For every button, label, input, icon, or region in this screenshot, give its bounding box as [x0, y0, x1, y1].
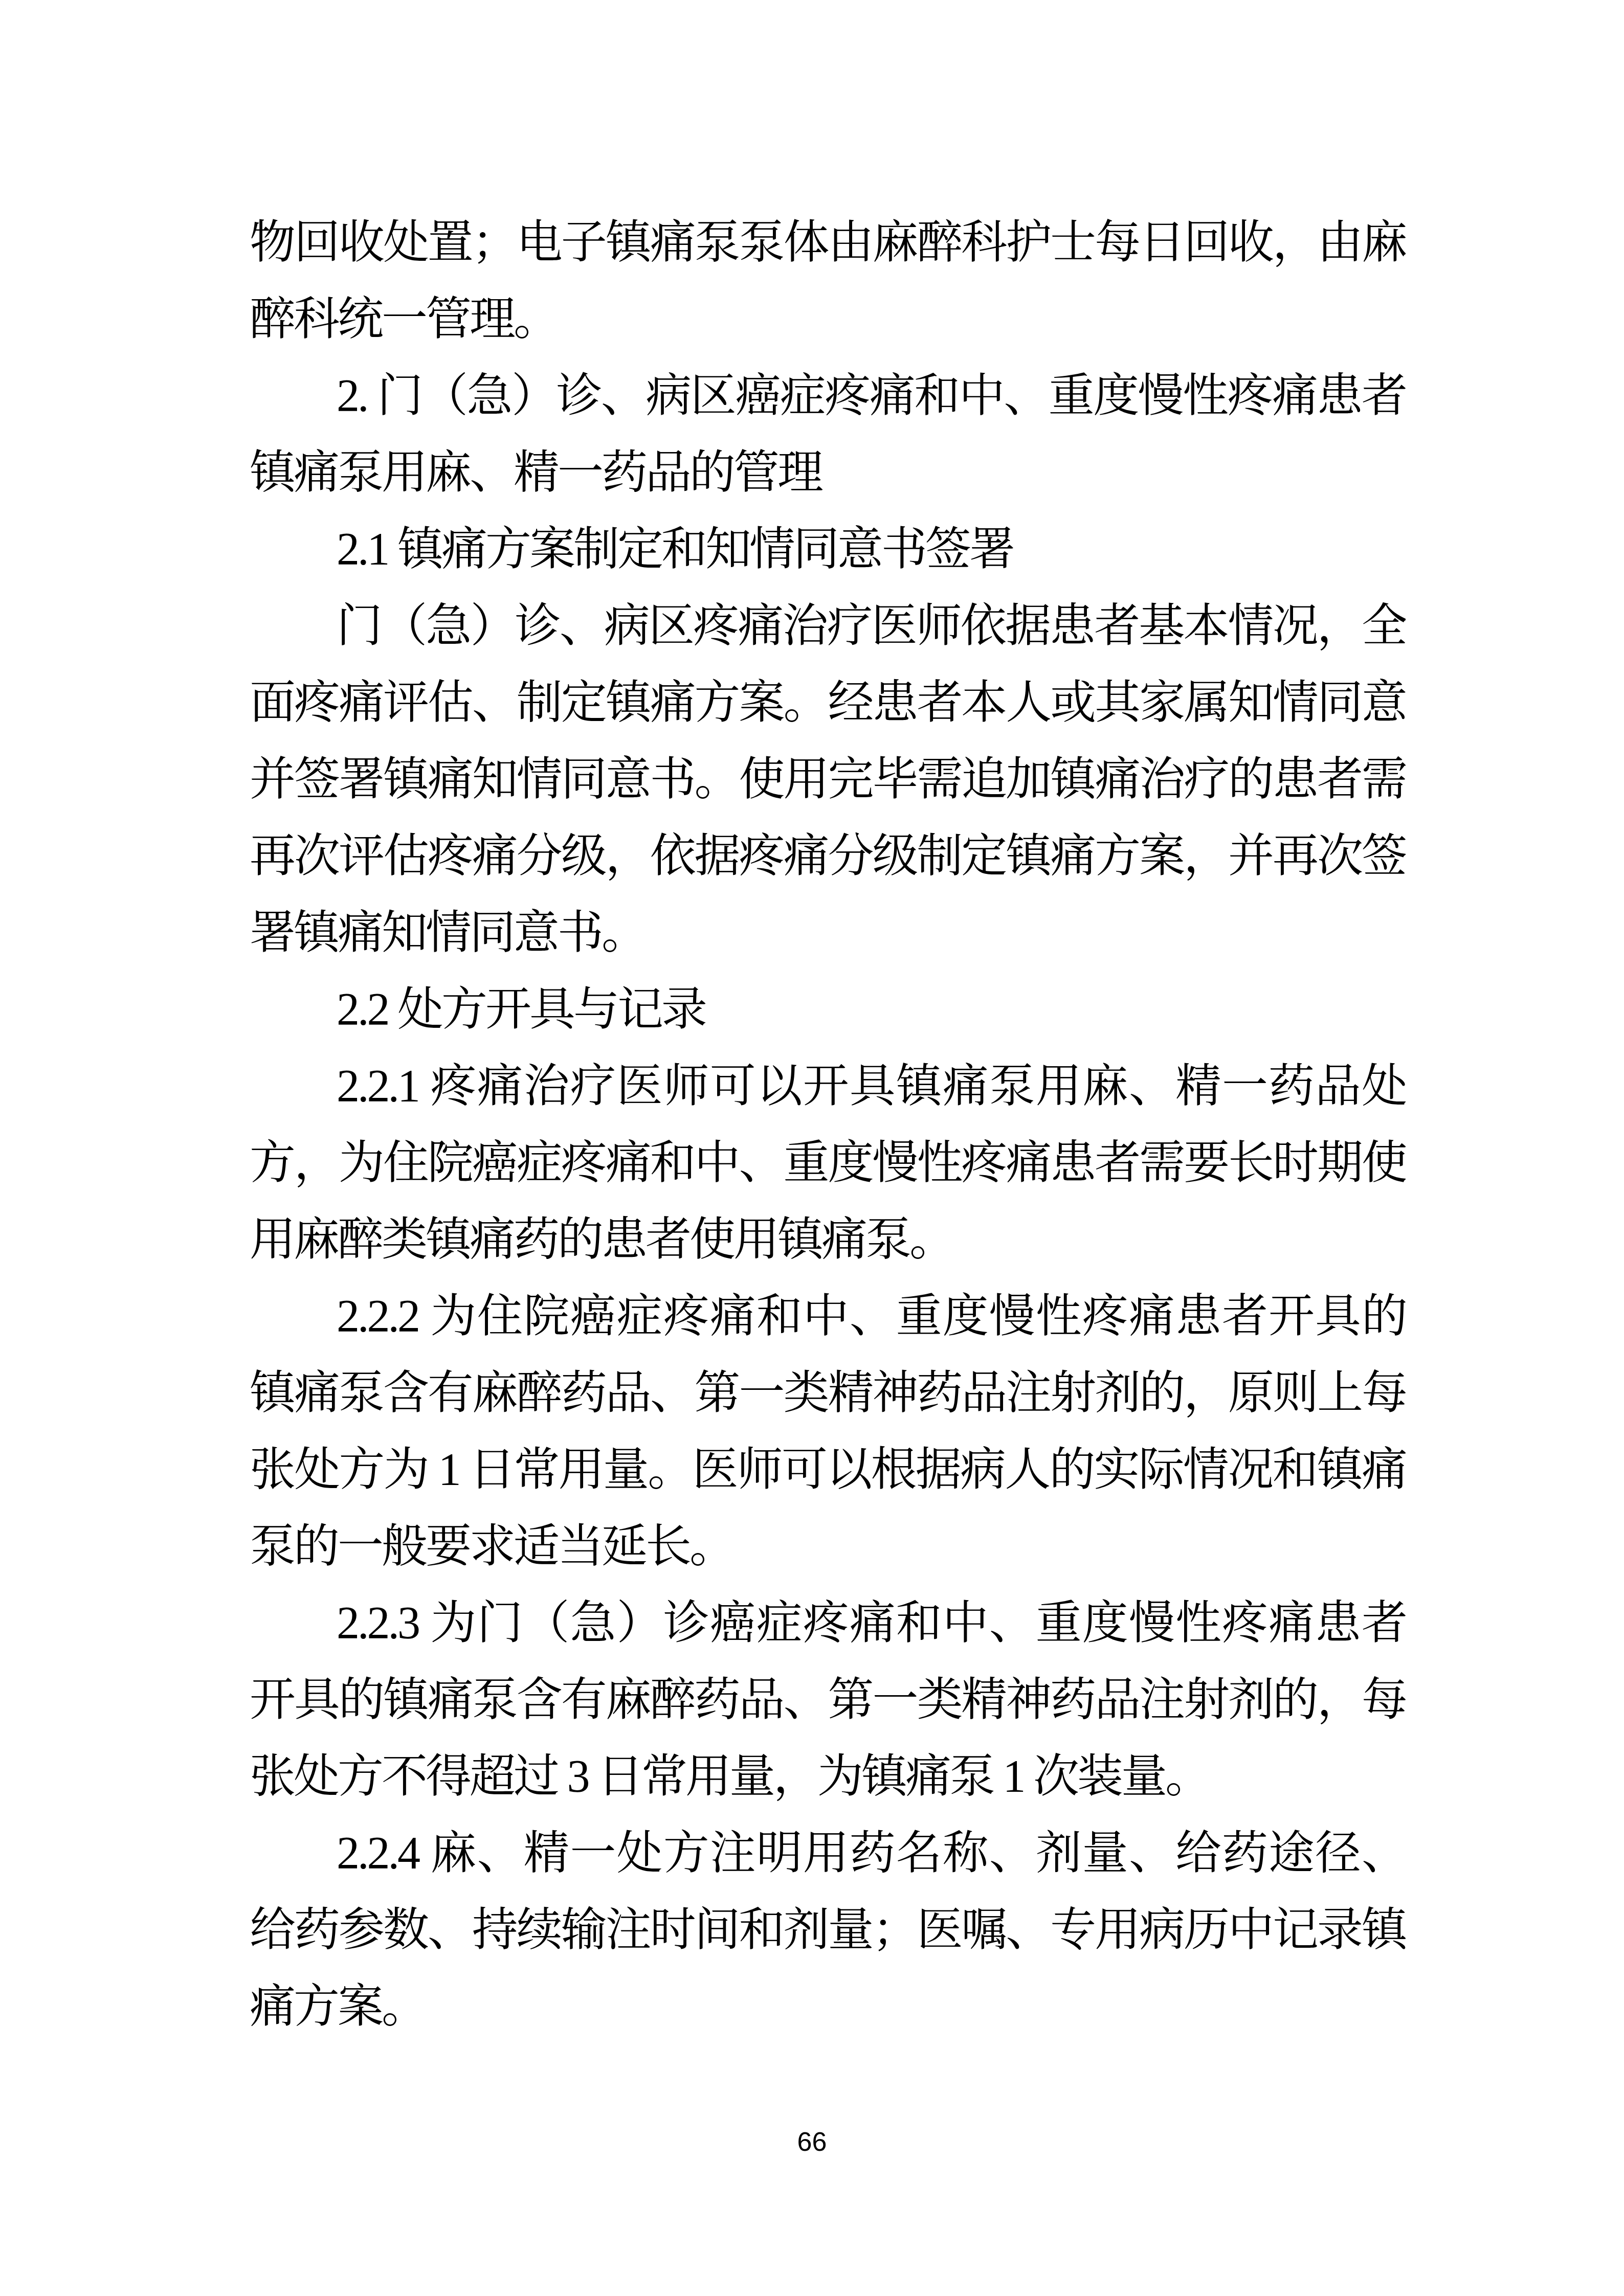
body-line: 方，为住院癌症疼痛和中、重度慢性疼痛患者需要长时期使	[250, 1125, 1406, 1202]
body-line: 痛方案。	[250, 1969, 1406, 2045]
body-line: 再次评估疼痛分级，依据疼痛分级制定镇痛方案，并再次签	[250, 818, 1406, 895]
body-line: 醉科统一管理。	[250, 281, 1406, 358]
body-line: 镇痛泵含有麻醉药品、第一类精神药品注射剂的，原则上每	[250, 1355, 1406, 1432]
clause-line: 2.2.3 为门（急）诊癌症疼痛和中、重度慢性疼痛患者	[250, 1585, 1406, 1662]
section-heading-line: 2. 门（急）诊、病区癌症疼痛和中、重度慢性疼痛患者	[250, 358, 1406, 435]
body-line: 用麻醉类镇痛药的患者使用镇痛泵。	[250, 1202, 1406, 1278]
body-line: 泵的一般要求适当延长。	[250, 1509, 1406, 1585]
body-line: 张处方不得超过 3 日常用量，为镇痛泵 1 次装量。	[250, 1739, 1406, 1815]
section-heading-line: 镇痛泵用麻、精一药品的管理	[250, 435, 1406, 511]
body-line: 开具的镇痛泵含有麻醉药品、第一类精神药品注射剂的，每	[250, 1662, 1406, 1739]
clause-heading-line: 2.1 镇痛方案制定和知情同意书签署	[250, 511, 1406, 588]
clause-heading-line: 2.2 处方开具与记录	[250, 972, 1406, 1048]
clause-line: 2.2.2 为住院癌症疼痛和中、重度慢性疼痛患者开具的	[250, 1278, 1406, 1355]
body-line: 张处方为 1 日常用量。医师可以根据病人的实际情况和镇痛	[250, 1432, 1406, 1509]
document-page: 物回收处置；电子镇痛泵泵体由麻醉科护士每日回收，由麻 醉科统一管理。 2. 门（…	[0, 0, 1624, 2296]
document-body: 物回收处置；电子镇痛泵泵体由麻醉科护士每日回收，由麻 醉科统一管理。 2. 门（…	[250, 205, 1406, 2045]
body-line: 物回收处置；电子镇痛泵泵体由麻醉科护士每日回收，由麻	[250, 205, 1406, 281]
clause-line: 2.2.4 麻、精一处方注明用药名称、剂量、给药途径、	[250, 1815, 1406, 1892]
page-number: 66	[0, 2126, 1624, 2158]
body-line: 并签署镇痛知情同意书。使用完毕需追加镇痛治疗的患者需	[250, 741, 1406, 818]
body-line: 署镇痛知情同意书。	[250, 895, 1406, 972]
clause-line: 2.2.1 疼痛治疗医师可以开具镇痛泵用麻、精一药品处	[250, 1048, 1406, 1125]
body-line: 面疼痛评估、制定镇痛方案。经患者本人或其家属知情同意	[250, 665, 1406, 741]
body-line: 给药参数、持续输注时间和剂量；医嘱、专用病历中记录镇	[250, 1892, 1406, 1969]
body-line: 门（急）诊、病区疼痛治疗医师依据患者基本情况，全	[250, 588, 1406, 665]
